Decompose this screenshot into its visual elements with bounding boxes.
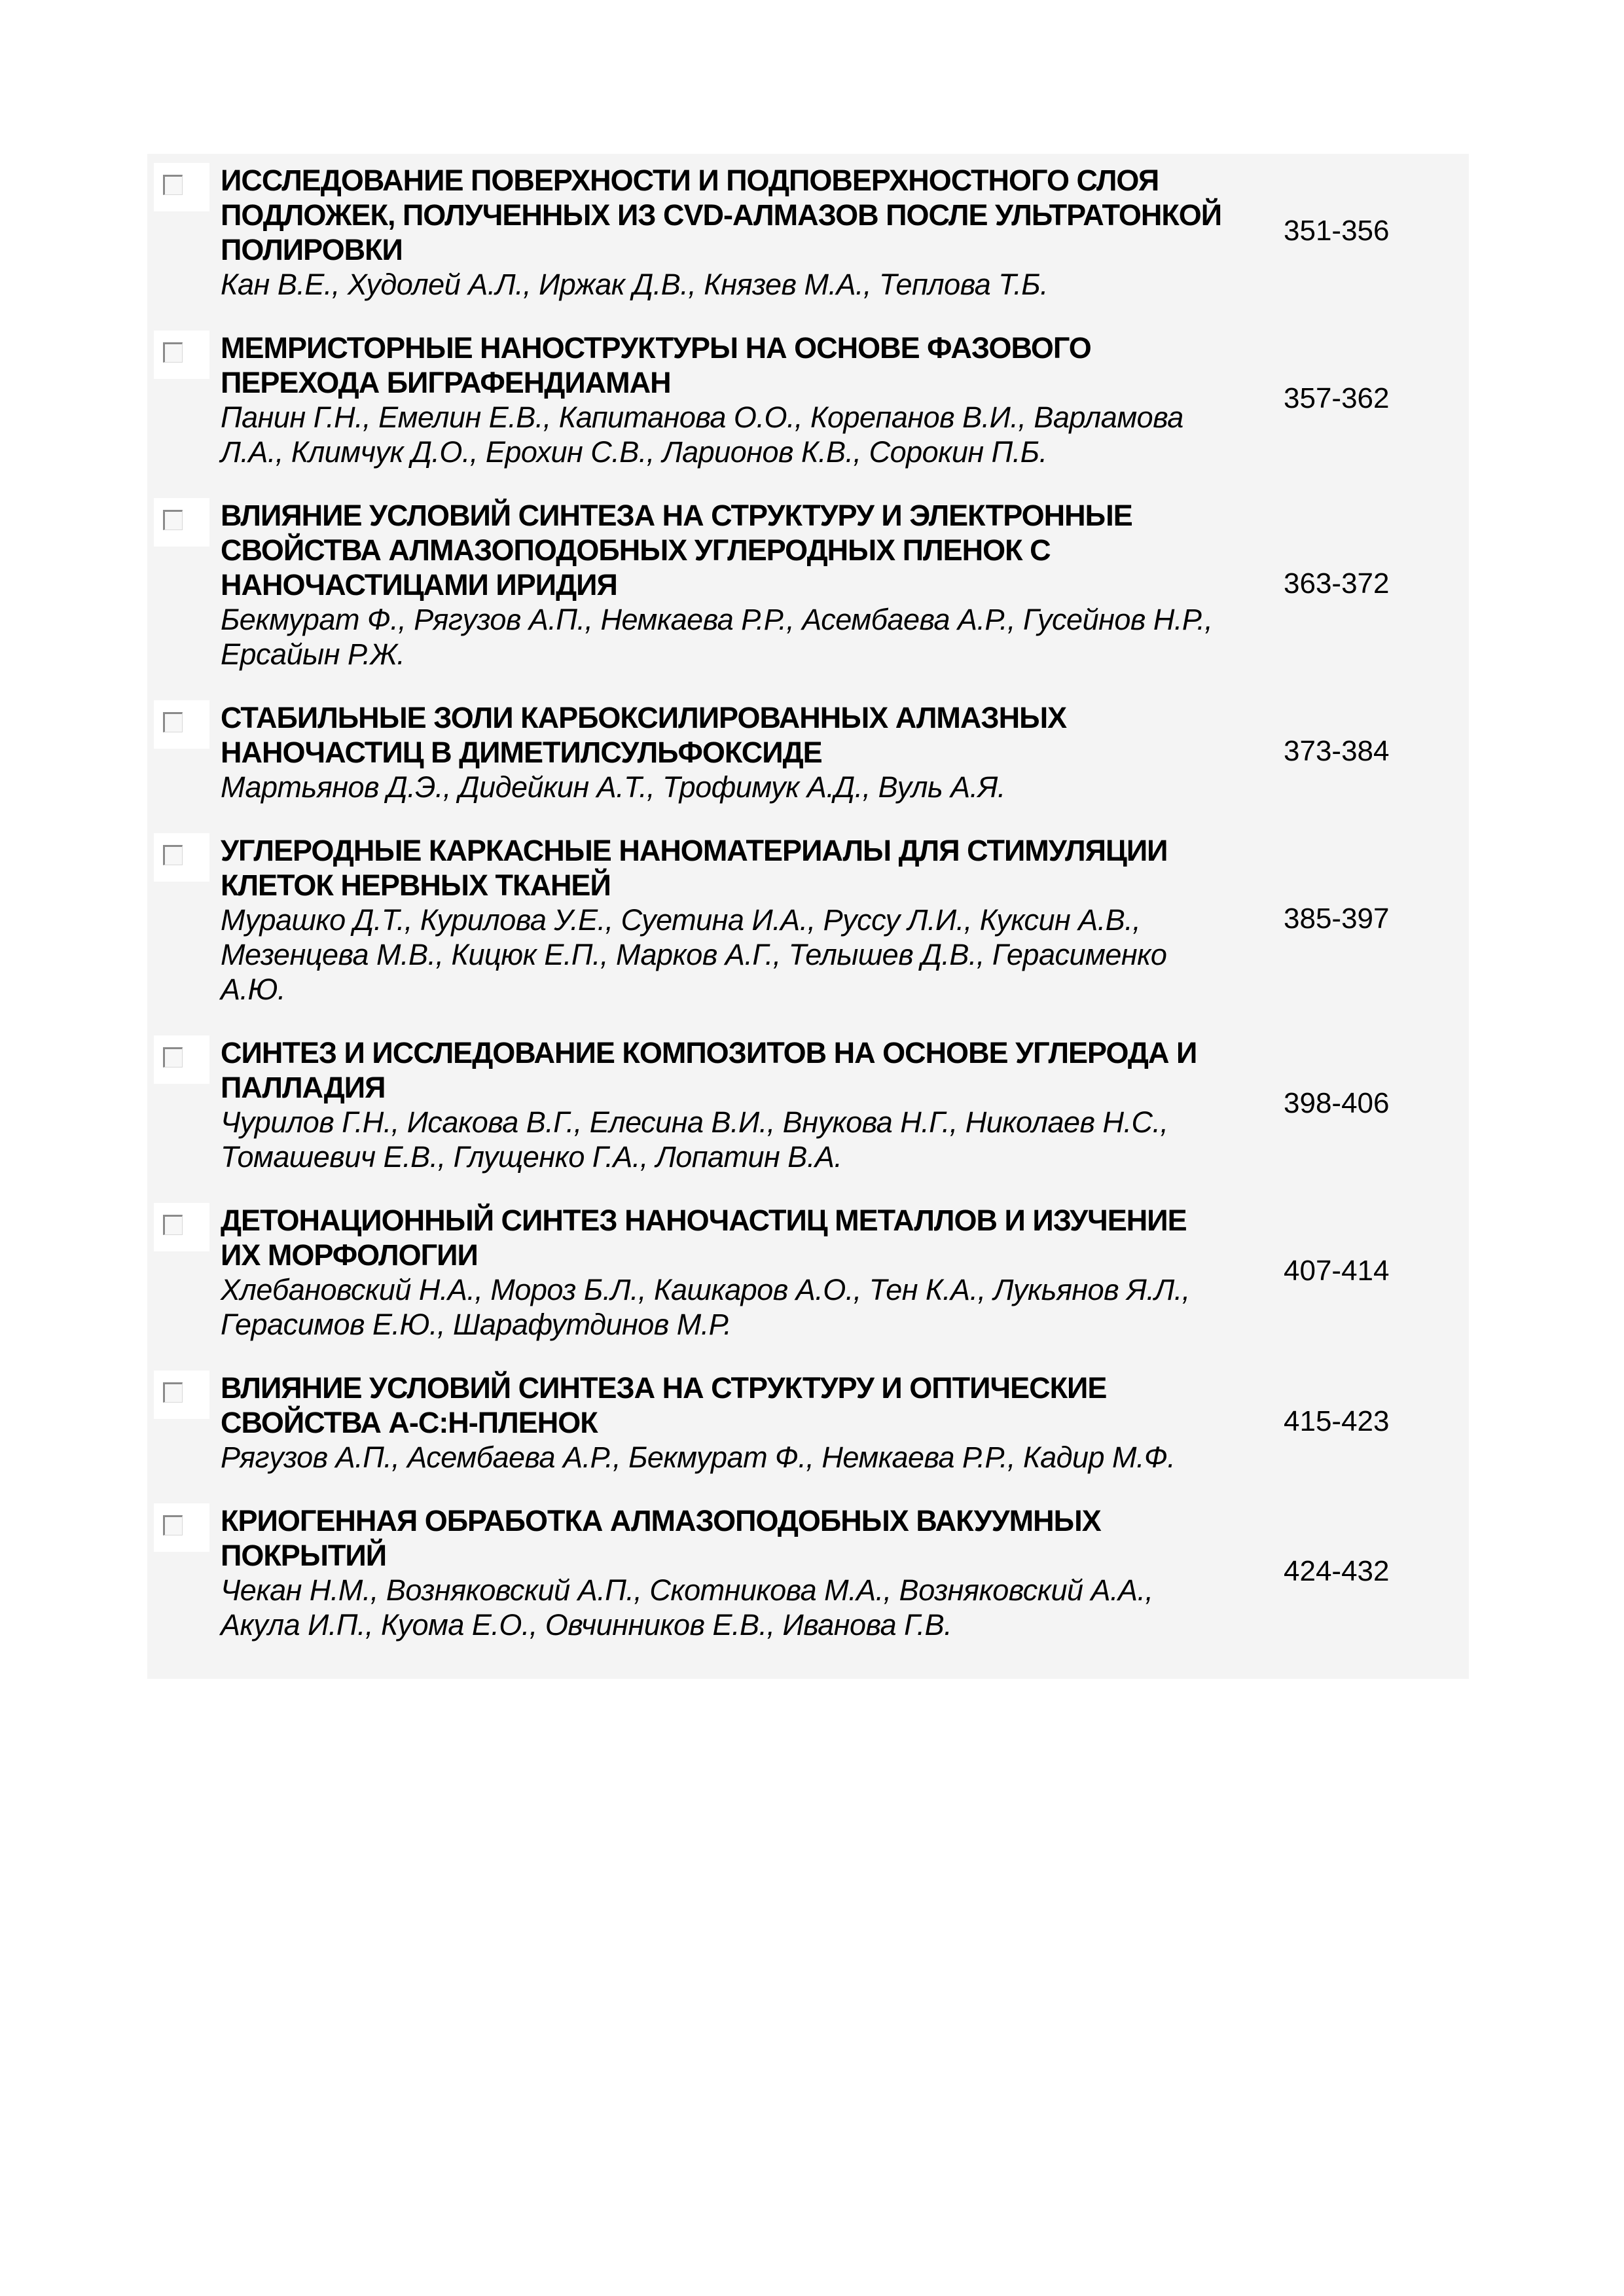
- select-checkbox[interactable]: [154, 1203, 209, 1251]
- article-authors: Кан В.Е., Худолей А.Л., Иржак Д.В., Княз…: [221, 267, 1232, 302]
- article-row: ИССЛЕДОВАНИЕ ПОВЕРХНОСТИ И ПОДПОВЕРХНОСТ…: [147, 154, 1469, 321]
- article-title[interactable]: ВЛИЯНИЕ УСЛОВИЙ СИНТЕЗА НА СТРУКТУРУ И О…: [221, 1371, 1232, 1440]
- select-checkbox[interactable]: [154, 163, 209, 211]
- article-authors: Панин Г.Н., Емелин Е.В., Капитанова О.О.…: [221, 400, 1232, 469]
- article-row: СИНТЕЗ И ИССЛЕДОВАНИЕ КОМПОЗИТОВ НА ОСНО…: [147, 1026, 1469, 1194]
- article-list: ИССЛЕДОВАНИЕ ПОВЕРХНОСТИ И ПОДПОВЕРХНОСТ…: [147, 154, 1469, 1679]
- article-pages: 424-432: [1284, 1494, 1469, 1662]
- article-title[interactable]: МЕМРИСТОРНЫЕ НАНОСТРУКТУРЫ НА ОСНОВЕ ФАЗ…: [221, 331, 1232, 400]
- article-row: ВЛИЯНИЕ УСЛОВИЙ СИНТЕЗА НА СТРУКТУРУ И О…: [147, 1361, 1469, 1494]
- select-checkbox[interactable]: [154, 700, 209, 749]
- article-pages: 398-406: [1284, 1026, 1469, 1194]
- select-checkbox[interactable]: [154, 1035, 209, 1084]
- checkbox-icon: [163, 510, 183, 530]
- checkbox-icon: [163, 1215, 183, 1235]
- article-pages: 373-384: [1284, 691, 1469, 824]
- article-row: СТАБИЛЬНЫЕ ЗОЛИ КАРБОКСИЛИРОВАННЫХ АЛМАЗ…: [147, 691, 1469, 824]
- article-row: ДЕТОНАЦИОННЫЙ СИНТЕЗ НАНОЧАСТИЦ МЕТАЛЛОВ…: [147, 1194, 1469, 1361]
- article-title[interactable]: ДЕТОНАЦИОННЫЙ СИНТЕЗ НАНОЧАСТИЦ МЕТАЛЛОВ…: [221, 1203, 1232, 1272]
- article-pages: 363-372: [1284, 489, 1469, 691]
- article-authors: Хлебановский Н.А., Мороз Б.Л., Кашкаров …: [221, 1272, 1232, 1342]
- select-checkbox[interactable]: [154, 1371, 209, 1419]
- article-title[interactable]: УГЛЕРОДНЫЕ КАРКАСНЫЕ НАНОМАТЕРИАЛЫ ДЛЯ С…: [221, 833, 1232, 903]
- select-checkbox[interactable]: [154, 498, 209, 547]
- checkbox-icon: [163, 175, 183, 195]
- article-title[interactable]: СТАБИЛЬНЫЕ ЗОЛИ КАРБОКСИЛИРОВАННЫХ АЛМАЗ…: [221, 700, 1232, 770]
- article-authors: Мартьянов Д.Э., Дидейкин А.Т., Трофимук …: [221, 770, 1232, 804]
- checkbox-icon: [163, 1515, 183, 1535]
- select-checkbox[interactable]: [154, 331, 209, 379]
- article-row: КРИОГЕННАЯ ОБРАБОТКА АЛМАЗОПОДОБНЫХ ВАКУ…: [147, 1494, 1469, 1662]
- article-pages: 385-397: [1284, 824, 1469, 1026]
- article-title[interactable]: ВЛИЯНИЕ УСЛОВИЙ СИНТЕЗА НА СТРУКТУРУ И Э…: [221, 498, 1232, 602]
- article-row: УГЛЕРОДНЫЕ КАРКАСНЫЕ НАНОМАТЕРИАЛЫ ДЛЯ С…: [147, 824, 1469, 1026]
- select-checkbox[interactable]: [154, 1503, 209, 1552]
- article-pages: 415-423: [1284, 1361, 1469, 1494]
- article-title[interactable]: КРИОГЕННАЯ ОБРАБОТКА АЛМАЗОПОДОБНЫХ ВАКУ…: [221, 1503, 1232, 1573]
- article-pages: 407-414: [1284, 1194, 1469, 1361]
- checkbox-icon: [163, 1047, 183, 1067]
- article-row: ВЛИЯНИЕ УСЛОВИЙ СИНТЕЗА НА СТРУКТУРУ И Э…: [147, 489, 1469, 691]
- article-authors: Чекан Н.М., Возняковский А.П., Скотников…: [221, 1573, 1232, 1642]
- article-authors: Мурашко Д.Т., Курилова У.Е., Суетина И.А…: [221, 903, 1232, 1007]
- checkbox-icon: [163, 712, 183, 732]
- article-authors: Рягузов А.П., Асембаева А.Р., Бекмурат Ф…: [221, 1440, 1232, 1475]
- checkbox-icon: [163, 342, 183, 363]
- article-title[interactable]: ИССЛЕДОВАНИЕ ПОВЕРХНОСТИ И ПОДПОВЕРХНОСТ…: [221, 163, 1232, 267]
- checkbox-icon: [163, 1382, 183, 1403]
- article-pages: 351-356: [1284, 154, 1469, 321]
- article-authors: Бекмурат Ф., Рягузов А.П., Немкаева Р.Р.…: [221, 602, 1232, 672]
- article-title[interactable]: СИНТЕЗ И ИССЛЕДОВАНИЕ КОМПОЗИТОВ НА ОСНО…: [221, 1035, 1232, 1105]
- article-row: МЕМРИСТОРНЫЕ НАНОСТРУКТУРЫ НА ОСНОВЕ ФАЗ…: [147, 321, 1469, 489]
- checkbox-icon: [163, 845, 183, 865]
- article-authors: Чурилов Г.Н., Исакова В.Г., Елесина В.И.…: [221, 1105, 1232, 1174]
- article-pages: 357-362: [1284, 321, 1469, 489]
- select-checkbox[interactable]: [154, 833, 209, 882]
